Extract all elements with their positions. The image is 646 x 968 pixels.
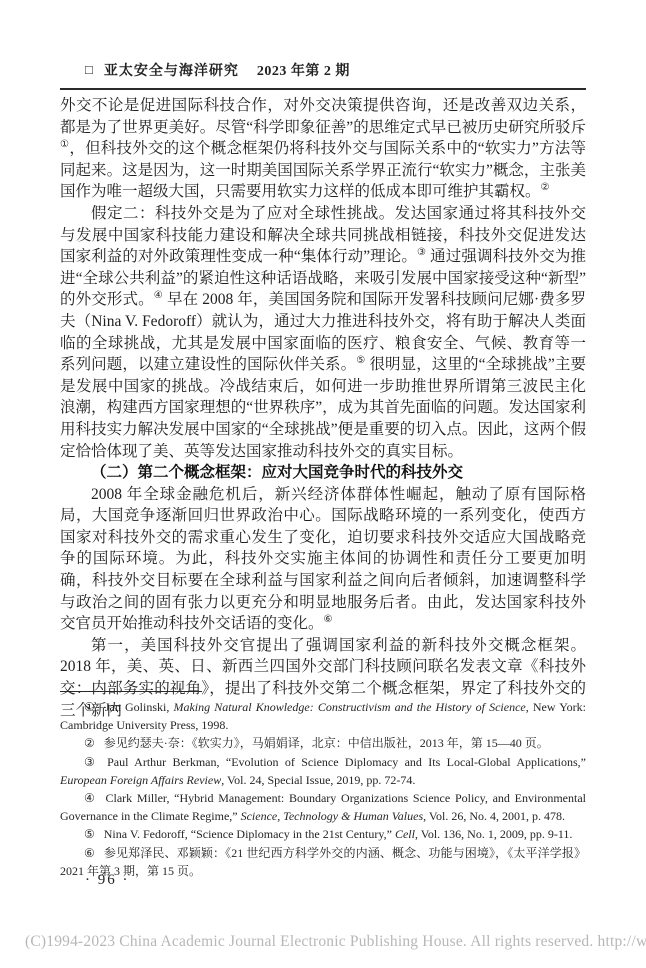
- body-text: 外交不论是促进国际科技合作，对外交决策提供咨询，还是改善双边关系，都是为了世界更…: [60, 95, 586, 721]
- footnote: ⑥参见郑泽民、邓颖颖：《21 世纪西方科学外交的内涵、概念、功能与困境》，《太平…: [60, 844, 586, 880]
- section-heading: （二）第二个概念框架：应对大国竞争时代的科技外交: [60, 462, 586, 484]
- footnote: ①Jan Golinski, Making Natural Knowledge:…: [60, 698, 586, 734]
- footnote-marker: ①: [84, 700, 96, 714]
- footnote-marker: ②: [84, 736, 95, 750]
- footnote-marker: ⑥: [84, 846, 95, 860]
- footnote-marker: ③: [84, 755, 98, 769]
- footnote: ③Paul Arthur Berkman, “Evolution of Scie…: [60, 753, 586, 789]
- journal-box-icon: □: [85, 62, 93, 78]
- page: □ 亚太安全与海洋研究 2023 年第 2 期 外交不论是促进国际科技合作，对外…: [0, 0, 646, 968]
- body-paragraph: 外交不论是促进国际科技合作，对外交决策提供咨询，还是改善双边关系，都是为了世界更…: [60, 95, 586, 203]
- footnote-marker: ④: [84, 791, 97, 805]
- issue-label: 2023 年第 2 期: [257, 60, 350, 80]
- footnote-separator: [60, 691, 202, 692]
- footnote: ⑤Nina V. Fedoroff, “Science Diplomacy in…: [60, 825, 586, 843]
- journal-header: □ 亚太安全与海洋研究 2023 年第 2 期: [60, 60, 586, 90]
- body-paragraph: 假定二：科技外交是为了应对全球性挑战。发达国家通过将其科技外交与发展中国家科技能…: [60, 203, 586, 462]
- footnotes: ①Jan Golinski, Making Natural Knowledge:…: [60, 698, 586, 880]
- footnote: ④Clark Miller, “Hybrid Management: Bound…: [60, 789, 586, 825]
- footnote: ②参见约瑟夫·奈：《软实力》，马娟娟译，北京：中信出版社，2013 年，第 15…: [60, 734, 586, 752]
- journal-title: 亚太安全与海洋研究: [104, 60, 239, 80]
- footnote-block: ①Jan Golinski, Making Natural Knowledge:…: [60, 691, 586, 880]
- cnki-watermark: (C)1994-2023 China Academic Journal Elec…: [25, 933, 646, 951]
- page-number: · 96 ·: [85, 872, 130, 889]
- footnote-marker: ⑤: [84, 827, 95, 841]
- body-paragraph: 2008 年全球金融危机后，新兴经济体群体性崛起，触动了原有国际格局，大国竞争逐…: [60, 484, 586, 635]
